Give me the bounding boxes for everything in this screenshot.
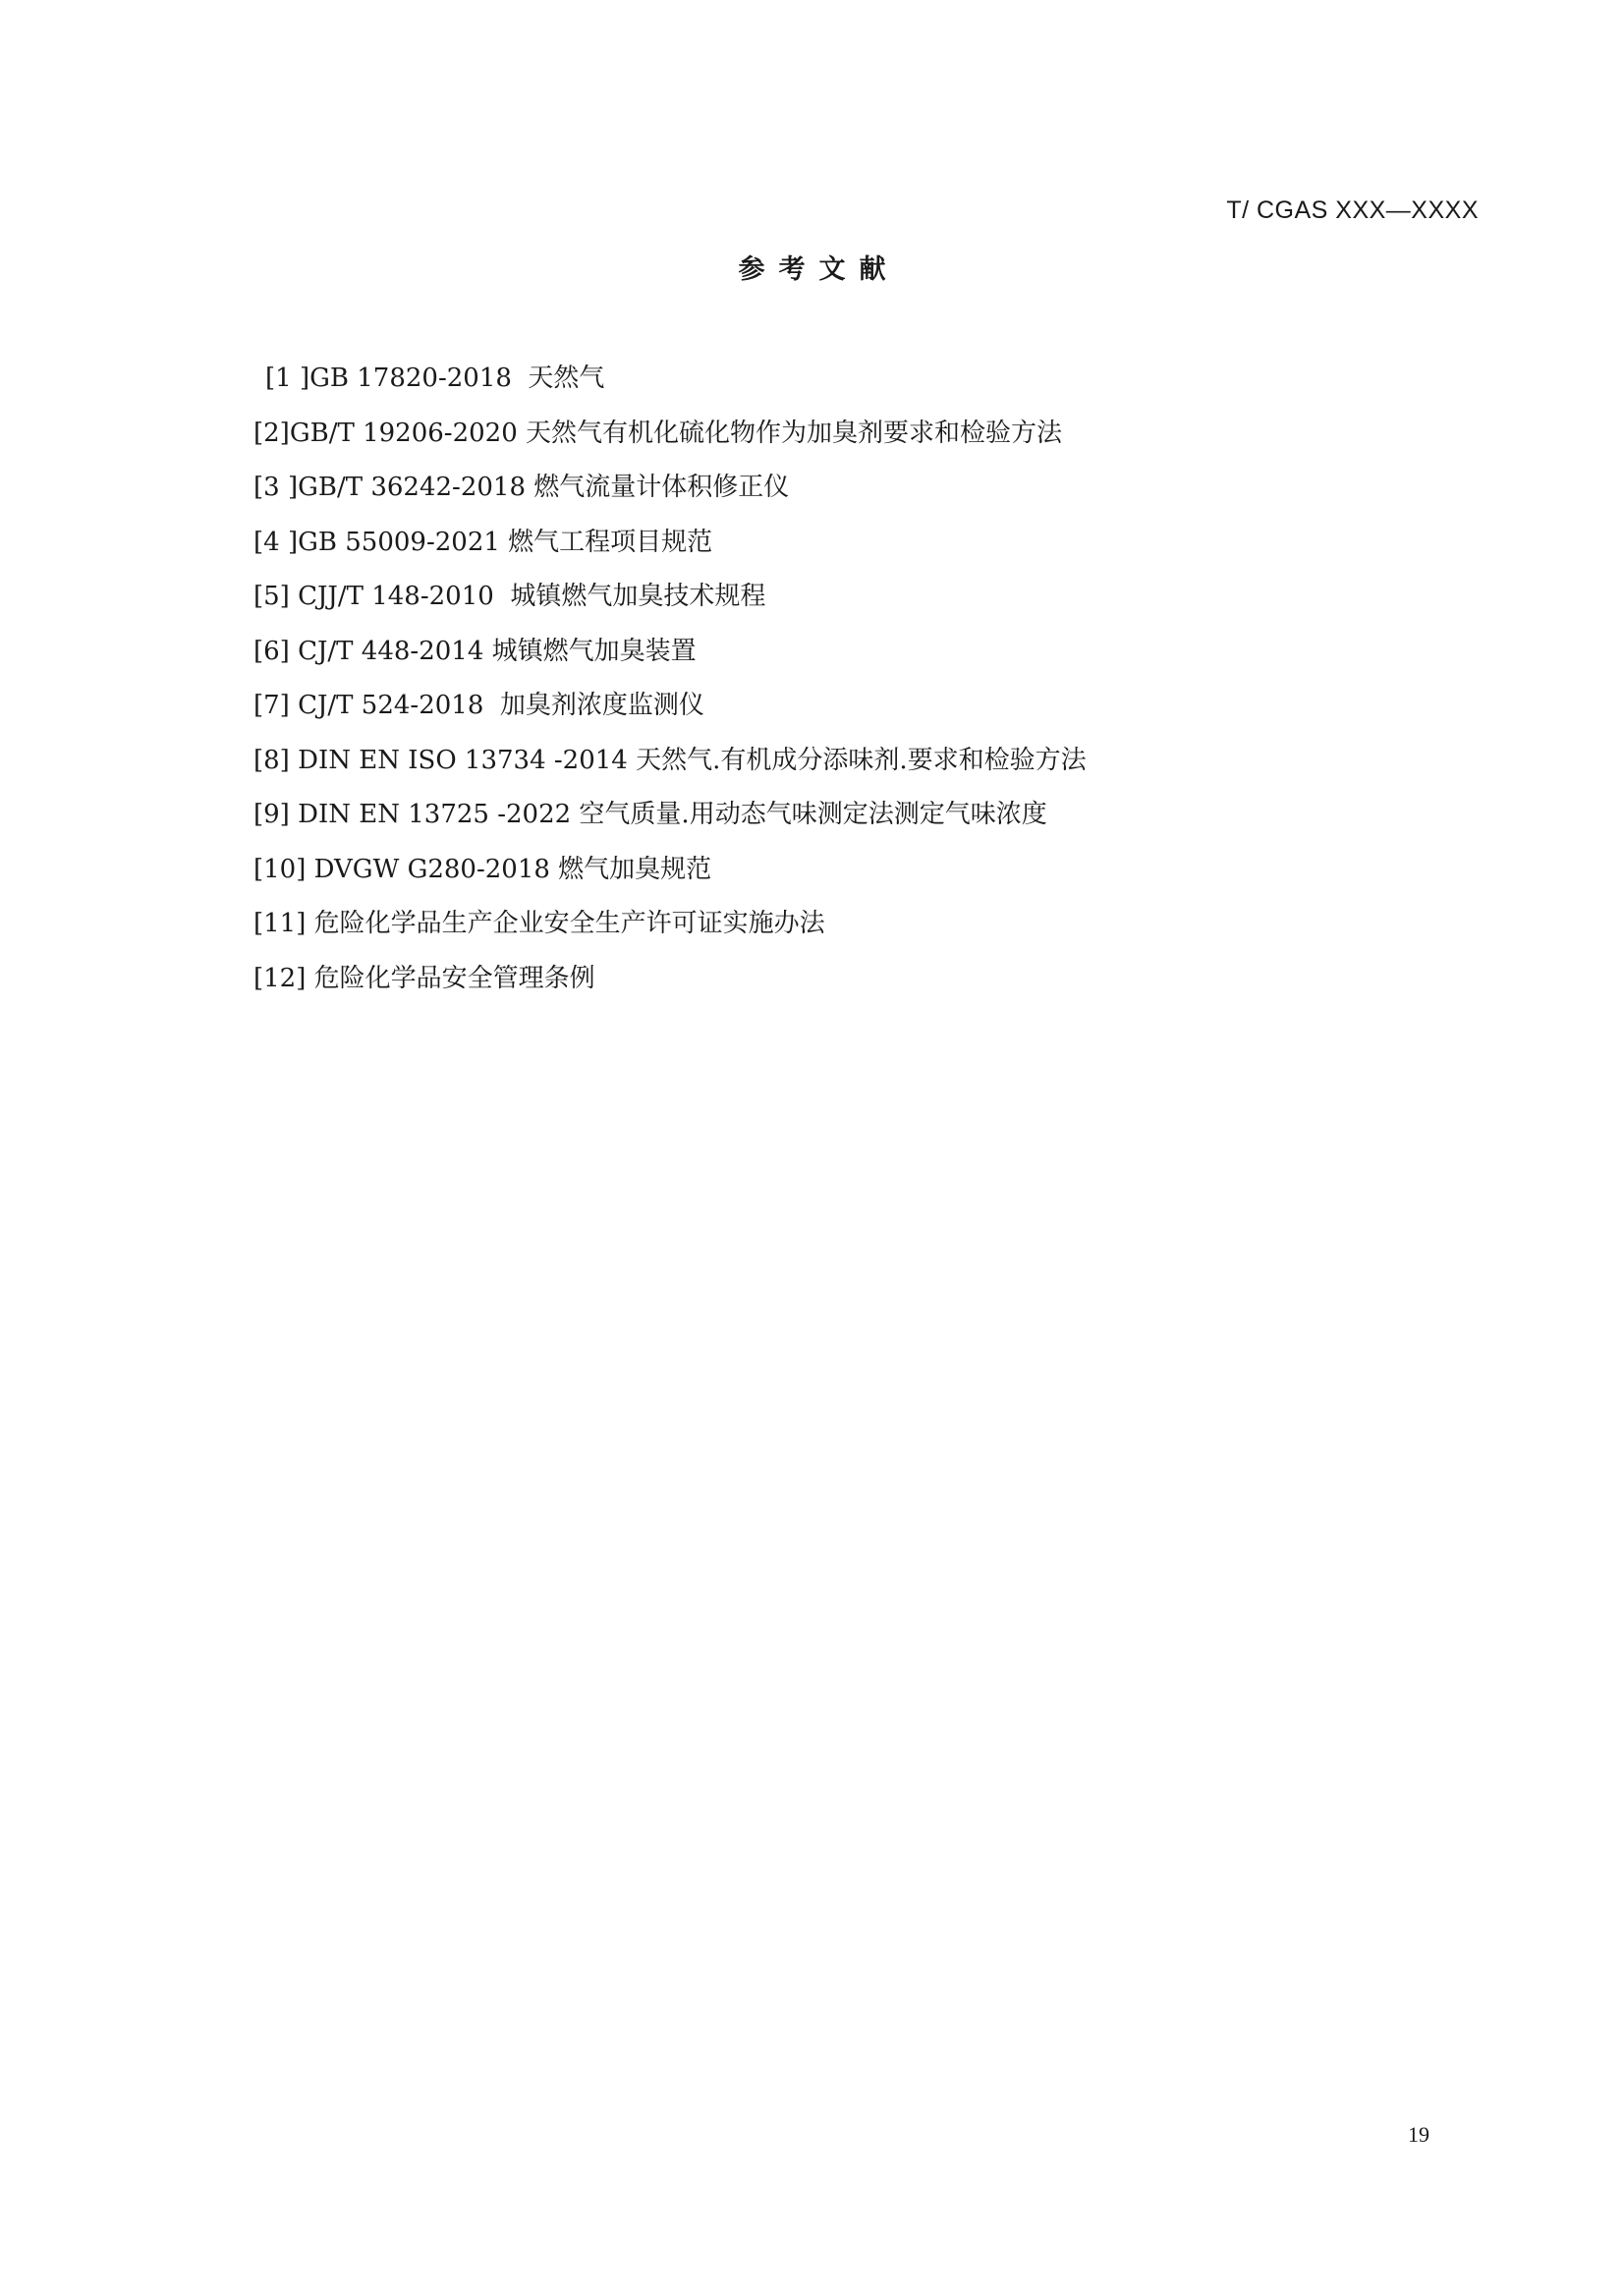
reference-text: GB/T 19206-2020 天然气有机化硫化物作为加臭剂要求和检验方法 [290,419,1062,448]
reference-number: [5] [253,582,290,611]
reference-number: [3 ] [253,473,298,502]
reference-text: DIN EN ISO 13734 -2014 天然气.有机成分添味剂.要求和检验… [290,746,1087,775]
reference-text: DIN EN 13725 -2022 空气质量.用动态气味测定法测定气味浓度 [290,800,1047,829]
reference-item-6: [6] CJ/T 448-2014 城镇燃气加臭装置 [253,632,1087,687]
reference-text: 危险化学品生产企业安全生产许可证实施办法 [306,909,824,938]
reference-number: [6] [253,637,290,666]
reference-number: [12] [253,964,306,993]
reference-number: [7] [253,691,290,720]
reference-number: [10] [253,855,306,884]
document-code: T/ CGAS XXX—XXXX [1226,196,1479,225]
reference-text: DVGW G280-2018 燃气加臭规范 [306,855,711,884]
reference-number: [8] [253,746,290,775]
reference-item-9: [9] DIN EN 13725 -2022 空气质量.用动态气味测定法测定气味… [253,795,1087,850]
reference-item-1: [1 ]GB 17820-2018 天然气 [253,359,1087,414]
reference-item-4: [4 ]GB 55009-2021 燃气工程项目规范 [253,523,1087,578]
reference-number: [2] [253,419,290,448]
reference-text: CJ/T 524-2018 加臭剂浓度监测仪 [290,691,704,720]
reference-item-5: [5] CJJ/T 148-2010 城镇燃气加臭技术规程 [253,577,1087,632]
reference-text: GB 17820-2018 天然气 [309,364,604,393]
reference-number: [4 ] [253,528,298,557]
reference-item-12: [12] 危险化学品安全管理条例 [253,959,1087,1014]
section-title-references: 参考文献 [0,248,1624,286]
reference-text: 危险化学品安全管理条例 [306,964,594,993]
reference-text: GB 55009-2021 燃气工程项目规范 [298,528,712,557]
reference-number: [11] [253,909,306,938]
reference-item-7: [7] CJ/T 524-2018 加臭剂浓度监测仪 [253,686,1087,741]
reference-text: CJJ/T 148-2010 城镇燃气加臭技术规程 [290,582,765,611]
reference-item-8: [8] DIN EN ISO 13734 -2014 天然气.有机成分添味剂.要… [253,741,1087,796]
reference-item-11: [11] 危险化学品生产企业安全生产许可证实施办法 [253,904,1087,959]
reference-text: CJ/T 448-2014 城镇燃气加臭装置 [290,637,697,666]
reference-number: [1 ] [265,364,309,393]
reference-item-2: [2]GB/T 19206-2020 天然气有机化硫化物作为加臭剂要求和检验方法 [253,414,1087,469]
page-number: 19 [1408,2122,1429,2148]
reference-list: [1 ]GB 17820-2018 天然气 [2]GB/T 19206-2020… [253,359,1087,1013]
reference-number: [9] [253,800,290,829]
reference-item-10: [10] DVGW G280-2018 燃气加臭规范 [253,850,1087,905]
reference-item-3: [3 ]GB/T 36242-2018 燃气流量计体积修正仪 [253,468,1087,523]
reference-text: GB/T 36242-2018 燃气流量计体积修正仪 [298,473,789,502]
